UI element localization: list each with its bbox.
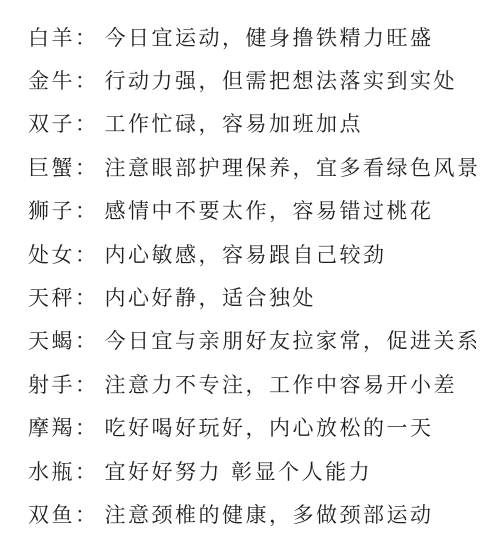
horoscope-page: 白羊： 今日宜运动，健身撸铁精力旺盛 金牛： 行动力强，但需把想法落实到实处 双… [0,0,500,550]
sign-label-pisces: 双鱼： [28,499,99,529]
fortune-text-libra: 内心好静，适合独处 [105,282,317,312]
horoscope-row-scorpio: 天蝎： 今日宜与亲朋好友拉家常，促进关系 [28,319,490,362]
sign-label-sagittarius: 射手： [28,369,99,399]
fortune-text-leo: 感情中不要太作，容易错过桃花 [105,195,434,225]
horoscope-row-gemini: 双子： 工作忙碌，容易加班加点 [28,102,490,145]
sign-label-aries: 白羊： [28,22,99,52]
fortune-text-aries: 今日宜运动，健身撸铁精力旺盛 [105,22,434,52]
horoscope-row-taurus: 金牛： 行动力强，但需把想法落实到实处 [28,58,490,101]
fortune-text-sagittarius: 注意力不专注，工作中容易开小差 [105,369,458,399]
sign-label-taurus: 金牛： [28,65,99,95]
fortune-text-taurus: 行动力强，但需把想法落实到实处 [105,65,458,95]
fortune-text-virgo: 内心敏感，容易跟自己较劲 [105,239,387,269]
horoscope-row-capricorn: 摩羯： 吃好喝好玩好，内心放松的一天 [28,406,490,449]
sign-label-leo: 狮子： [28,195,99,225]
horoscope-row-pisces: 双鱼： 注意颈椎的健康，多做颈部运动 [28,492,490,535]
sign-label-cancer: 巨蟹： [28,152,99,182]
fortune-text-pisces: 注意颈椎的健康，多做颈部运动 [105,499,434,529]
fortune-text-cancer: 注意眼部护理保养，宜多看绿色风景 [105,152,481,182]
fortune-text-capricorn: 吃好喝好玩好，内心放松的一天 [105,412,434,442]
horoscope-row-cancer: 巨蟹： 注意眼部护理保养，宜多看绿色风景 [28,145,490,188]
horoscope-row-leo: 狮子： 感情中不要太作，容易错过桃花 [28,189,490,232]
sign-label-scorpio: 天蝎： [28,325,99,355]
horoscope-row-aries: 白羊： 今日宜运动，健身撸铁精力旺盛 [28,15,490,58]
horoscope-row-libra: 天秤： 内心好静，适合独处 [28,275,490,318]
horoscope-row-virgo: 处女： 内心敏感，容易跟自己较劲 [28,232,490,275]
sign-label-libra: 天秤： [28,282,99,312]
horoscope-row-aquarius: 水瓶： 宜好好努力 彰显个人能力 [28,449,490,492]
sign-label-gemini: 双子： [28,108,99,138]
sign-label-virgo: 处女： [28,239,99,269]
fortune-text-aquarius: 宜好好努力 彰显个人能力 [105,456,373,486]
fortune-text-scorpio: 今日宜与亲朋好友拉家常，促进关系 [105,325,481,355]
sign-label-capricorn: 摩羯： [28,412,99,442]
sign-label-aquarius: 水瓶： [28,456,99,486]
fortune-text-gemini: 工作忙碌，容易加班加点 [105,108,364,138]
horoscope-row-sagittarius: 射手： 注意力不专注，工作中容易开小差 [28,362,490,405]
